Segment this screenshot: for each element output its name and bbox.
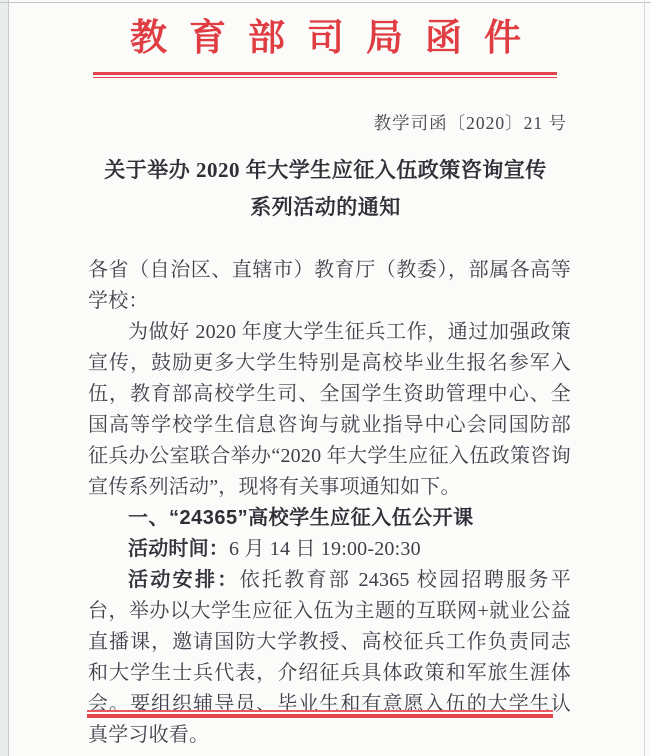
activity-arrangement-paragraph: 活动安排：依托教育部 24365 校园招聘服务平台，举办以大学生应征入伍为主题的… — [88, 565, 571, 751]
footer-red-rule — [87, 710, 553, 718]
footer-rule-thick-line — [87, 714, 553, 718]
salutation-line: 各省（自治区、直辖市）教育厅（教委），部属各高等学校： — [88, 255, 571, 317]
activity-time-label: 活动时间： — [128, 538, 229, 560]
scan-edge-left — [0, 0, 9, 756]
activity-time-value: 6 月 14 日 19:00-20:30 — [229, 538, 421, 560]
activity-arrangement-text: 依托教育部 24365 校园招聘服务平台，举办以大学生应征入伍为主题的互联网+就… — [88, 569, 571, 746]
scan-edge-top — [0, 2, 651, 3]
letterhead-title: 教育部司局函件 — [0, 16, 651, 62]
document-title-line1: 关于举办 2020 年大学生应征入伍政策咨询宣传 — [0, 152, 651, 189]
document-number: 教学司函〔2020〕21 号 — [0, 112, 651, 134]
document-title-line2: 系列活动的通知 — [0, 189, 651, 226]
activity-time-line: 活动时间：6 月 14 日 19:00-20:30 — [88, 534, 571, 565]
activity-arrangement-label: 活动安排： — [128, 569, 240, 591]
scan-edge-right — [644, 0, 645, 756]
red-rule-thin-line — [93, 77, 557, 78]
document-body: 各省（自治区、直辖市）教育厅（教委），部属各高等学校： 为做好 2020 年度大… — [88, 255, 571, 751]
document-title: 关于举办 2020 年大学生应征入伍政策咨询宣传 系列活动的通知 — [0, 152, 651, 226]
intro-paragraph: 为做好 2020 年度大学生征兵工作，通过加强政策宣传，鼓励更多大学生特别是高校… — [88, 317, 571, 503]
letterhead-red-rule — [93, 72, 557, 78]
scanned-document-page: 教育部司局函件 教学司函〔2020〕21 号 关于举办 2020 年大学生应征入… — [0, 0, 651, 756]
section1-heading: 一、“24365”高校学生应征入伍公开课 — [88, 503, 571, 534]
